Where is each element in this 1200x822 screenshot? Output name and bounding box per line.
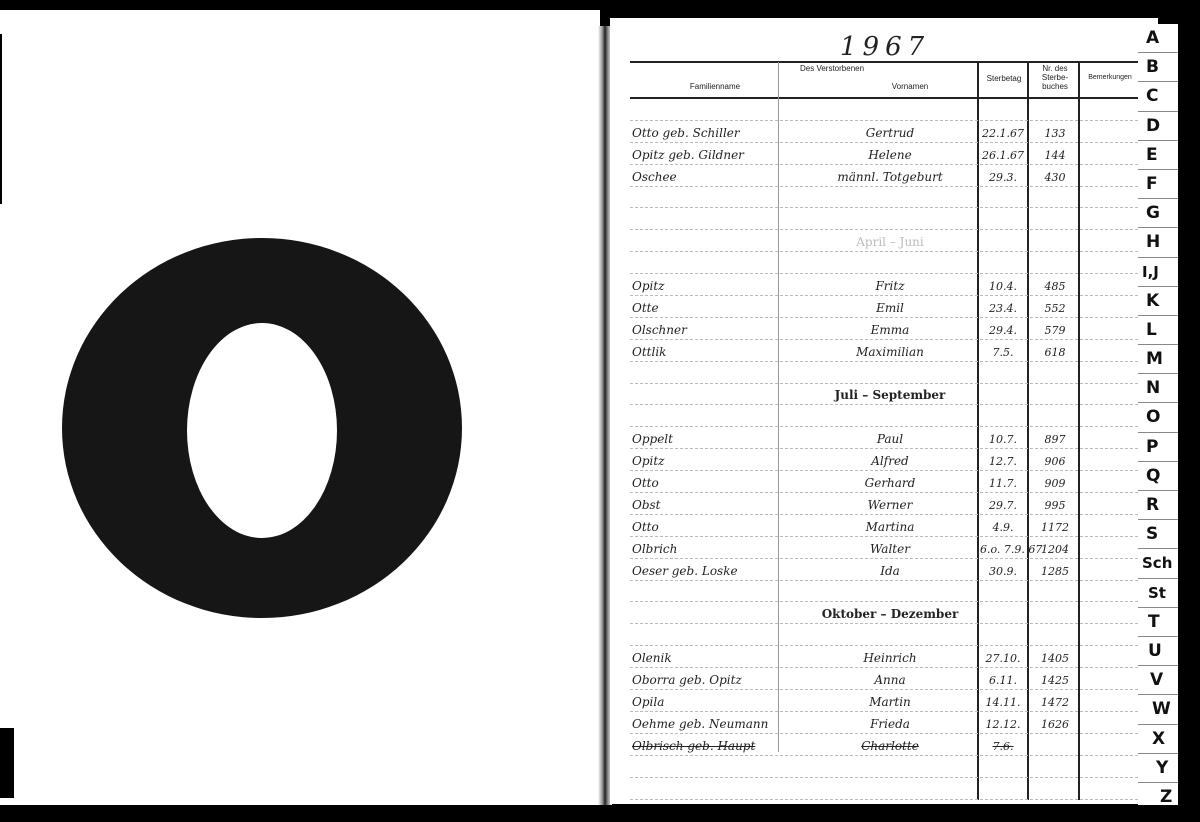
register-entry: OttoGerhard11.7.909	[630, 471, 1138, 493]
register-entry: Opitz geb. GildnerHelene26.1.67144	[630, 143, 1138, 165]
section-label: Juli – September	[810, 388, 970, 402]
register-entry: OttoMartina4.9.1172	[630, 515, 1138, 537]
register-entry: OpitzFritz10.4.485	[630, 274, 1138, 296]
vornamen-cell: Paul	[810, 432, 970, 446]
tab-c[interactable]: C	[1138, 82, 1178, 111]
sterbebuch-nr-cell: 906	[1032, 455, 1078, 468]
tab-st[interactable]: St	[1138, 579, 1178, 608]
sterbebuch-nr-cell: 1405	[1032, 652, 1078, 665]
blank-row	[630, 208, 1138, 230]
sterbetag-cell: 29.3.	[980, 171, 1026, 184]
vornamen-cell: Alfred	[810, 454, 970, 468]
sterbetag-cell: 12.7.	[980, 455, 1026, 468]
page-edge-mark	[0, 728, 14, 798]
familienname-cell: Otto	[632, 476, 659, 490]
familienname-cell: Opila	[632, 695, 664, 709]
vornamen-cell: Emma	[810, 323, 970, 337]
header-nr-sterbebuch: Nr. des Sterbe- buches	[1030, 64, 1080, 92]
scan-border-top	[18, 0, 1200, 10]
vornamen-cell: Martina	[810, 520, 970, 534]
sterbetag-cell: 4.9.	[980, 521, 1026, 534]
tab-p[interactable]: P	[1138, 433, 1178, 462]
register-entry: OlenikHeinrich27.10.1405	[630, 646, 1138, 668]
header-rule	[630, 61, 1138, 63]
familienname-cell: Oehme geb. Neumann	[632, 717, 768, 731]
register-year: 1967	[840, 32, 930, 62]
register-entry: OttlikMaximilian7.5.618	[630, 340, 1138, 362]
sterbebuch-nr-cell: 1285	[1032, 565, 1078, 578]
tab-s[interactable]: S	[1138, 520, 1178, 549]
sterbetag-cell: 10.7.	[980, 433, 1026, 446]
vornamen-cell: Maximilian	[810, 345, 970, 359]
register-entry: Oehme geb. NeumannFrieda12.12.1626	[630, 712, 1138, 734]
tab-g[interactable]: G	[1138, 199, 1178, 228]
tab-t[interactable]: T	[1138, 608, 1178, 637]
tab-ij[interactable]: I,J	[1138, 258, 1178, 287]
tab-r[interactable]: R	[1138, 491, 1178, 520]
register-rows: Otto geb. SchillerGertrud22.1.67133Opitz…	[630, 99, 1138, 821]
sterbebuch-nr-cell: 1472	[1032, 696, 1078, 709]
sterbebuch-nr-cell: 485	[1032, 280, 1078, 293]
tab-o[interactable]: O	[1138, 403, 1178, 432]
blank-row	[630, 581, 1138, 603]
quarter-section-heading: Oktober – Dezember	[630, 602, 1138, 624]
familienname-cell: Olschner	[632, 323, 687, 337]
sterbebuch-nr-cell: 618	[1032, 346, 1078, 359]
sterbebuch-nr-cell: 909	[1032, 477, 1078, 490]
sterbebuch-nr-cell: 1172	[1032, 521, 1078, 534]
left-page: O	[0, 10, 600, 805]
register-entry: Oscheemännl. Totgeburt29.3.430	[630, 165, 1138, 187]
register-entry: OlschnerEmma29.4.579	[630, 318, 1138, 340]
vornamen-cell: Anna	[810, 673, 970, 687]
blank-row	[630, 252, 1138, 274]
index-letter-o: O	[62, 238, 462, 618]
vornamen-cell: Martin	[810, 695, 970, 709]
vornamen-cell: Walter	[810, 542, 970, 556]
familienname-cell: Olenik	[632, 651, 672, 665]
register-entry: ObstWerner29.7.995	[630, 493, 1138, 515]
vornamen-cell: Frieda	[810, 717, 970, 731]
familienname-cell: Otto geb. Schiller	[632, 126, 740, 140]
blank-row	[630, 405, 1138, 427]
vornamen-cell: Ida	[810, 564, 970, 578]
tab-b[interactable]: B	[1138, 53, 1178, 82]
familienname-cell: Obst	[632, 498, 661, 512]
tab-w[interactable]: W	[1138, 695, 1178, 724]
sterbebuch-nr-cell: 552	[1032, 302, 1078, 315]
tab-n[interactable]: N	[1138, 374, 1178, 403]
header-familienname: Familienname	[655, 82, 775, 91]
familienname-cell: Oppelt	[632, 432, 673, 446]
sterbebuch-nr-cell: 1626	[1032, 718, 1078, 731]
register-entry: OtteEmil23.4.552	[630, 296, 1138, 318]
familienname-cell: Otte	[632, 301, 659, 315]
sterbebuch-nr-cell: 897	[1032, 433, 1078, 446]
blank-row	[630, 756, 1138, 778]
blank-row	[630, 362, 1138, 384]
register-entry: OpilaMartin14.11.1472	[630, 690, 1138, 712]
sterbetag-cell: 29.4.	[980, 324, 1026, 337]
scan-border-right	[1178, 0, 1200, 822]
tab-sch[interactable]: Sch	[1138, 549, 1178, 578]
sterbetag-cell: 23.4.	[980, 302, 1026, 315]
vornamen-cell: Emil	[810, 301, 970, 315]
vornamen-cell: Heinrich	[810, 651, 970, 665]
blank-row	[630, 187, 1138, 209]
register-entry: Oeser geb. LoskeIda30.9.1285	[630, 559, 1138, 581]
tab-y[interactable]: Y	[1138, 754, 1178, 783]
header-bemerkungen: Bemerkungen	[1082, 74, 1138, 82]
tab-m[interactable]: M	[1138, 345, 1178, 374]
sterbetag-cell: 26.1.67	[980, 149, 1026, 162]
blank-row	[630, 624, 1138, 646]
sterbetag-cell: 29.7.	[980, 499, 1026, 512]
vornamen-cell: Fritz	[810, 279, 970, 293]
tab-h[interactable]: H	[1138, 228, 1178, 257]
blank-row	[630, 778, 1138, 800]
sterbetag-cell: 14.11.	[980, 696, 1026, 709]
sterbetag-cell: 30.9.	[980, 565, 1026, 578]
vornamen-cell: männl. Totgeburt	[810, 170, 970, 184]
vornamen-cell: Charlotte	[810, 739, 970, 753]
tab-f[interactable]: F	[1138, 170, 1178, 199]
familienname-cell: Ottlik	[632, 345, 666, 359]
familienname-cell: Oeser geb. Loske	[632, 564, 738, 578]
sterbebuch-nr-cell: 133	[1032, 127, 1078, 140]
scan-border-bottom	[0, 805, 1200, 822]
register-entry: OlbrichWalter6.o. 7.9. 671204	[630, 537, 1138, 559]
header-sterbetag: Sterbetag	[980, 74, 1028, 83]
sterbetag-cell: 6.o. 7.9. 67	[980, 543, 1026, 556]
sterbebuch-nr-cell: 995	[1032, 499, 1078, 512]
header-group-deceased: Des Verstorbenen	[800, 64, 864, 73]
register-entry: Otto geb. SchillerGertrud22.1.67133	[630, 121, 1138, 143]
register-entry: OpitzAlfred12.7.906	[630, 449, 1138, 471]
quarter-section-heading	[630, 99, 1138, 121]
quarter-section-heading: April – Juni	[630, 230, 1138, 252]
familienname-cell: Opitz geb. Gildner	[632, 148, 744, 162]
sterbebuch-nr-cell: 430	[1032, 171, 1078, 184]
section-label: Oktober – Dezember	[810, 607, 970, 621]
sterbetag-cell: 12.12.	[980, 718, 1026, 731]
tab-k[interactable]: K	[1138, 287, 1178, 316]
sterbebuch-nr-cell: 1204	[1032, 543, 1078, 556]
vornamen-cell: Helene	[810, 148, 970, 162]
register-entry: Oborra geb. OpitzAnna6.11.1425	[630, 668, 1138, 690]
familienname-cell: Opitz	[632, 454, 665, 468]
tab-q[interactable]: Q	[1138, 462, 1178, 491]
sterbetag-cell: 10.4.	[980, 280, 1026, 293]
sterbetag-cell: 6.11.	[980, 674, 1026, 687]
register-page: 1967 Des Verstorbenen Familienname Vorna…	[610, 18, 1158, 804]
sterbebuch-nr-cell: 1425	[1032, 674, 1078, 687]
sterbetag-cell: 27.10.	[980, 652, 1026, 665]
register-entry: OppeltPaul10.7.897	[630, 427, 1138, 449]
alphabet-tab-index: ABCDEFGHI,JKLMNOPQRSSchStTUVWXYZ	[1138, 24, 1178, 812]
register-entry: Olbrisch geb. HauptCharlotte7.6.	[630, 734, 1138, 756]
tab-u[interactable]: U	[1138, 637, 1178, 666]
sterbetag-cell: 7.6.	[980, 740, 1026, 753]
tab-l[interactable]: L	[1138, 316, 1178, 345]
page-edge-mark	[0, 34, 2, 204]
sterbebuch-nr-cell: 144	[1032, 149, 1078, 162]
tab-v[interactable]: V	[1138, 666, 1178, 695]
sterbetag-cell: 22.1.67	[980, 127, 1026, 140]
tab-e[interactable]: E	[1138, 141, 1178, 170]
tab-x[interactable]: X	[1138, 725, 1178, 754]
section-label: April – Juni	[810, 235, 970, 249]
familienname-cell: Opitz	[632, 279, 665, 293]
familienname-cell: Olbrich	[632, 542, 677, 556]
vornamen-cell: Werner	[810, 498, 970, 512]
vornamen-cell: Gertrud	[810, 126, 970, 140]
familienname-cell: Olbrisch geb. Haupt	[632, 739, 755, 753]
tab-d[interactable]: D	[1138, 112, 1178, 141]
familienname-cell: Oschee	[632, 170, 677, 184]
vornamen-cell: Gerhard	[810, 476, 970, 490]
tab-a[interactable]: A	[1138, 24, 1178, 53]
sterbetag-cell: 7.5.	[980, 346, 1026, 359]
quarter-section-heading: Juli – September	[630, 384, 1138, 406]
sterbetag-cell: 11.7.	[980, 477, 1026, 490]
sterbebuch-nr-cell: 579	[1032, 324, 1078, 337]
header-vornamen: Vornamen	[850, 82, 970, 91]
familienname-cell: Oborra geb. Opitz	[632, 673, 742, 687]
familienname-cell: Otto	[632, 520, 659, 534]
